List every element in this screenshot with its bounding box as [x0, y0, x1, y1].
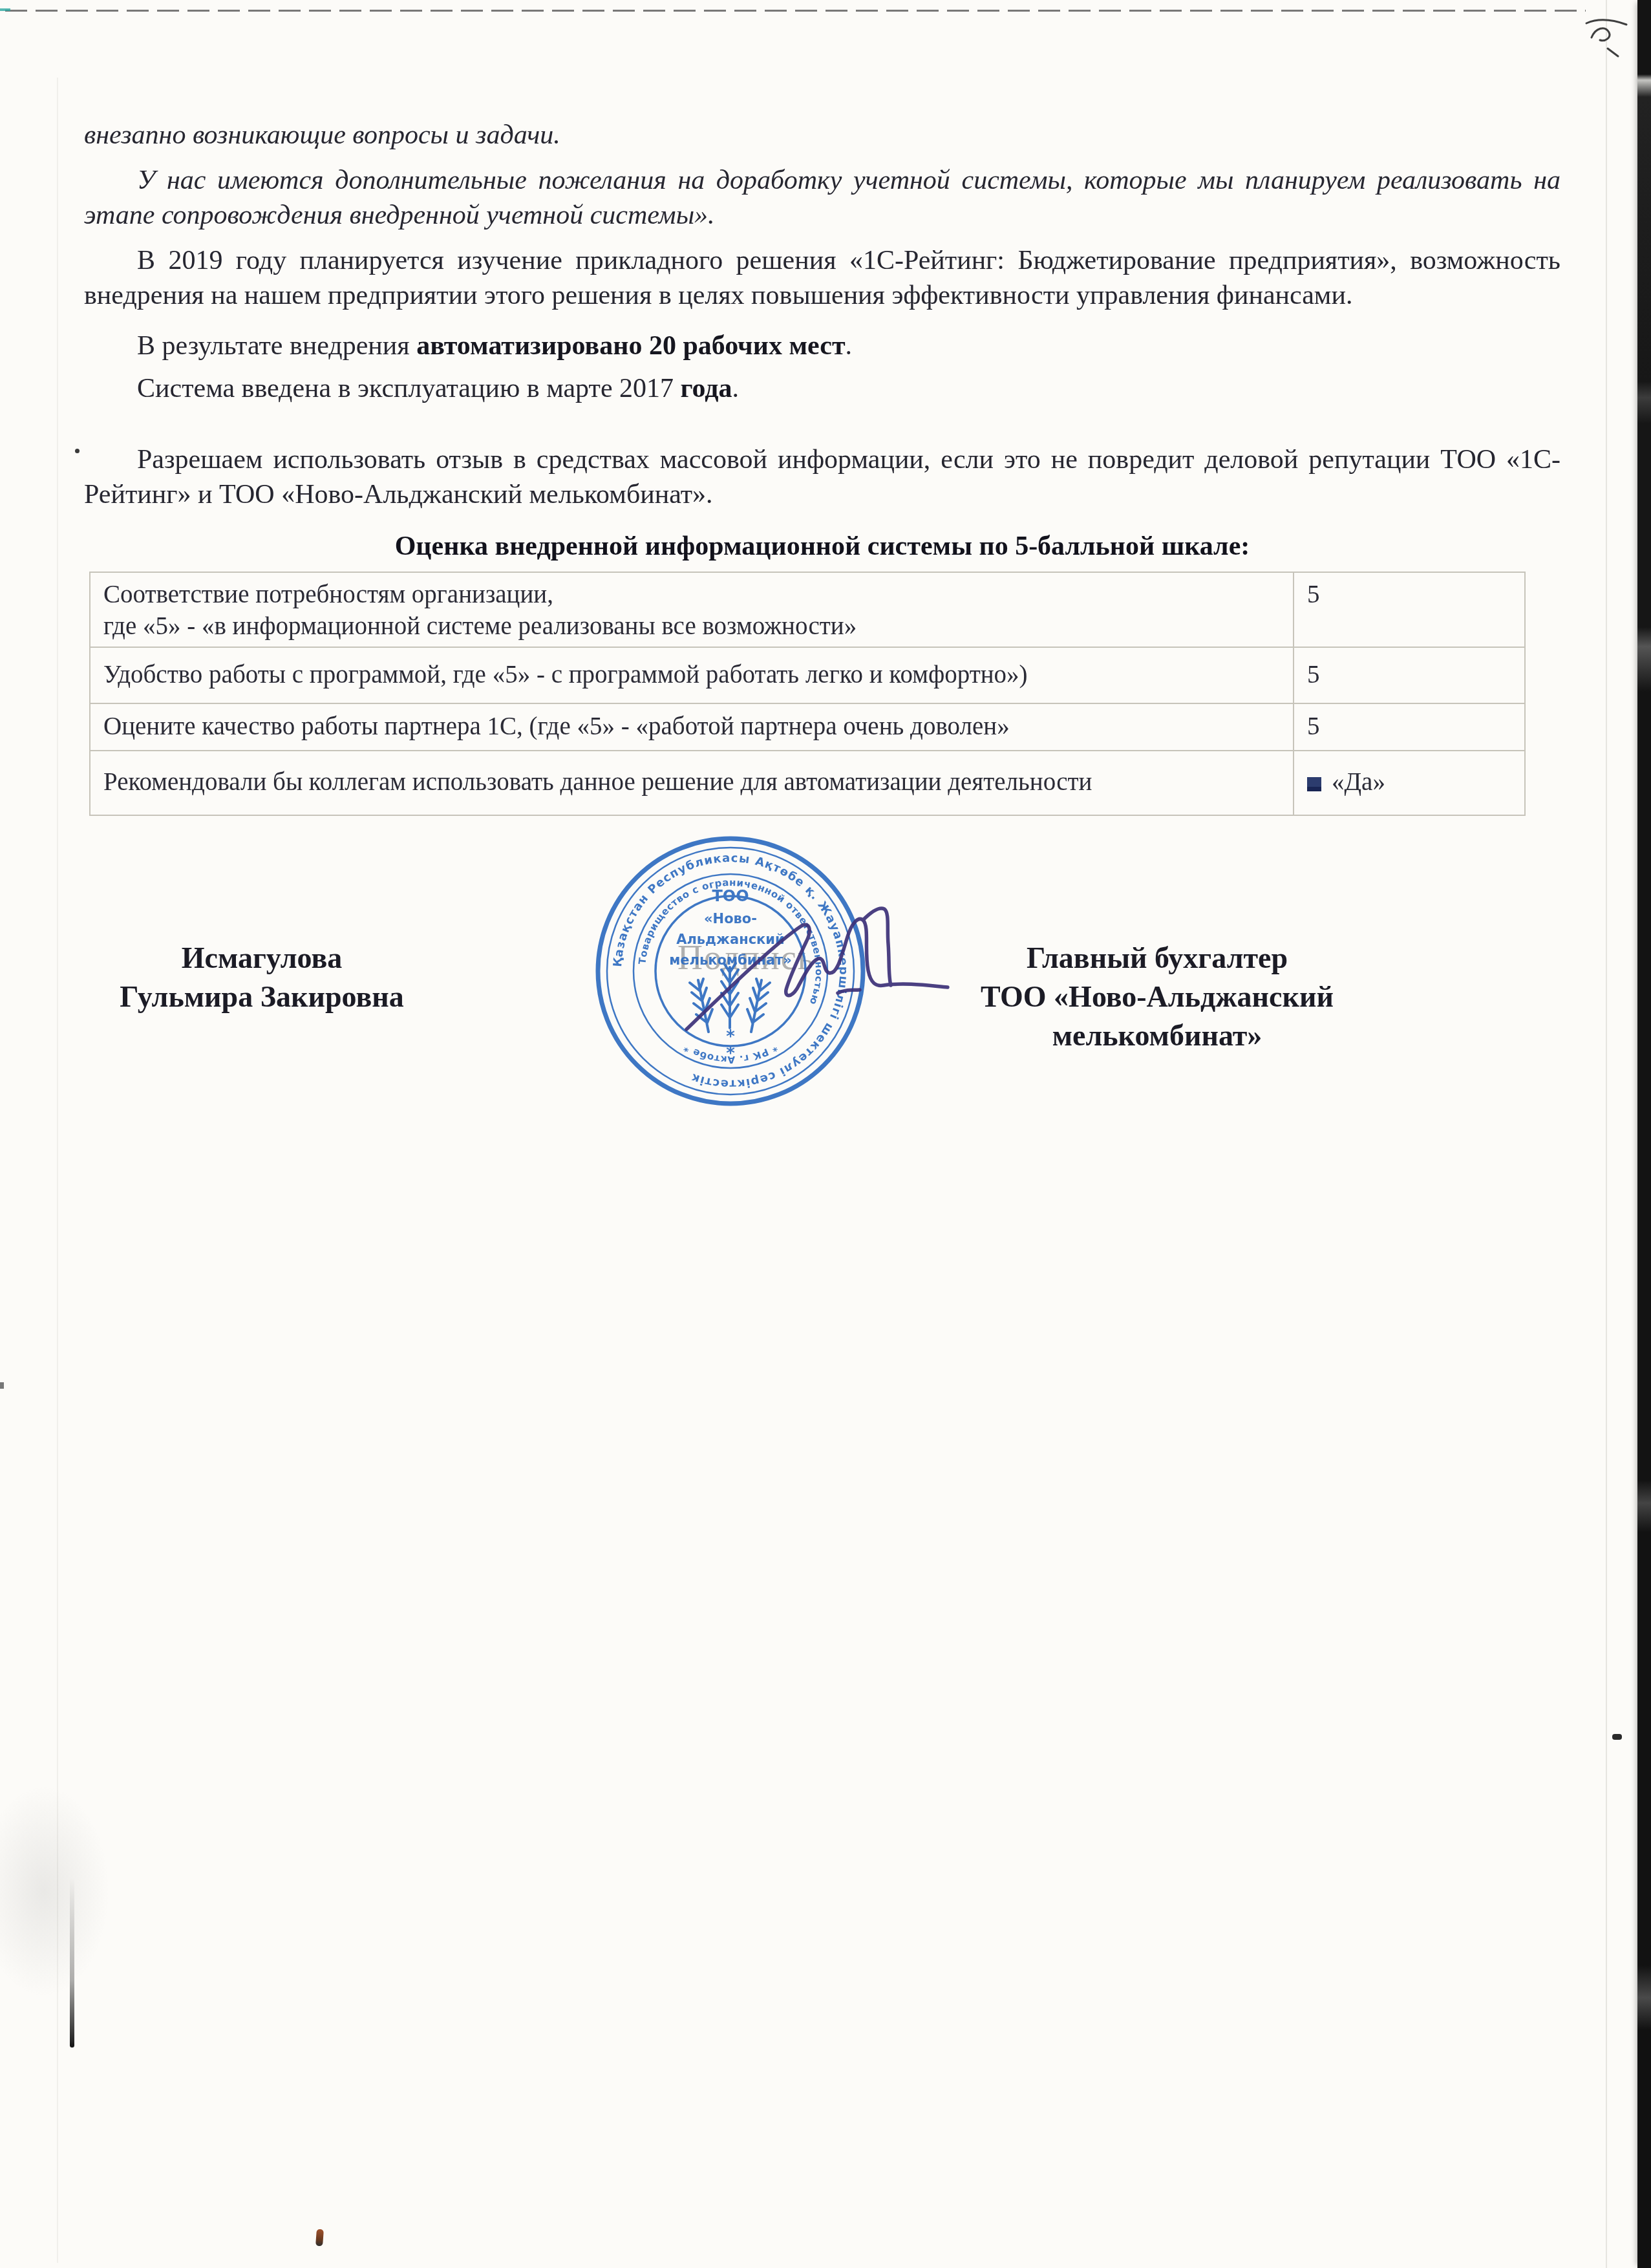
table-row: Рекомендовали бы коллегам использовать д…	[90, 751, 1525, 815]
signatory-first-name: Гульмира Закировна	[87, 978, 436, 1016]
yes-square-icon	[1307, 777, 1321, 791]
paragraph-result: В результате внедрения автоматизировано …	[84, 328, 1560, 363]
scan-artifact-dark-streak	[70, 1878, 74, 2048]
result-bold-workplaces: автоматизировано 20 рабочих мест	[416, 331, 845, 361]
rating-table: Соответствие потребностям организации, г…	[89, 572, 1526, 816]
launch-prefix: Система введена в эксплуатацию в марте 2…	[137, 374, 681, 403]
table-row: Удобство работы с программой, где «5» - …	[90, 647, 1525, 703]
scan-artifact-edge-tick	[0, 1382, 4, 1389]
score-cell: «Да»	[1294, 751, 1525, 815]
signatory-last-name: Исмагулова	[87, 939, 436, 978]
scan-artifact-speck	[1612, 1734, 1622, 1740]
rating-table-title: Оценка внедренной информационной системы…	[84, 529, 1560, 564]
signatory-position: Главный бухгалтер	[931, 939, 1383, 978]
score-cell: 5	[1294, 703, 1525, 751]
criterion-cell: Рекомендовали бы коллегам использовать д…	[90, 751, 1294, 815]
score-cell: 5	[1294, 572, 1525, 647]
scanned-document-page: внезапно возникающие вопросы и задачи. У…	[0, 0, 1651, 2268]
criterion-cell: Оцените качество работы партнера 1С, (гд…	[90, 703, 1294, 751]
launch-suffix: .	[732, 374, 740, 403]
yes-answer: «Да»	[1332, 768, 1385, 796]
table-row: Соответствие потребностям организации, г…	[90, 572, 1525, 647]
scan-artifact-smudge	[0, 1784, 110, 1998]
signatory-title-block: Главный бухгалтер ТОО «Ново-Альджанский …	[931, 939, 1383, 1055]
result-suffix: .	[846, 331, 853, 361]
score-cell: 5	[1294, 647, 1525, 703]
result-prefix: В результате внедрения	[137, 331, 416, 361]
criterion-cell: Соответствие потребностям организации, г…	[90, 572, 1294, 647]
paragraph-launch-date: Система введена в эксплуатацию в марте 2…	[84, 371, 1560, 406]
paragraph-plans-2019: В 2019 году планируется изучение приклад…	[84, 243, 1560, 313]
scan-artifact-speck	[315, 2229, 324, 2247]
company-name-line1: ТОО «Ново-Альджанский	[931, 978, 1383, 1016]
criterion-cell: Удобство работы с программой, где «5» - …	[90, 647, 1294, 703]
paragraph-wishes: У нас имеются дополнительные пожелания н…	[84, 163, 1560, 233]
table-row: Оцените качество работы партнера 1С, (гд…	[90, 703, 1525, 751]
paragraph-continuation: внезапно возникающие вопросы и задачи.	[84, 118, 1560, 153]
company-name-line2: мелькомбинат»	[931, 1016, 1383, 1055]
paragraph-permission: Разрешаем использовать отзыв в средствах…	[84, 442, 1560, 512]
document-body: внезапно возникающие вопросы и задачи. У…	[0, 0, 1651, 816]
signatory-name-block: Исмагулова Гульмира Закировна	[87, 939, 436, 1016]
launch-bold-year: года	[681, 374, 732, 403]
signature-ink	[646, 866, 970, 1060]
